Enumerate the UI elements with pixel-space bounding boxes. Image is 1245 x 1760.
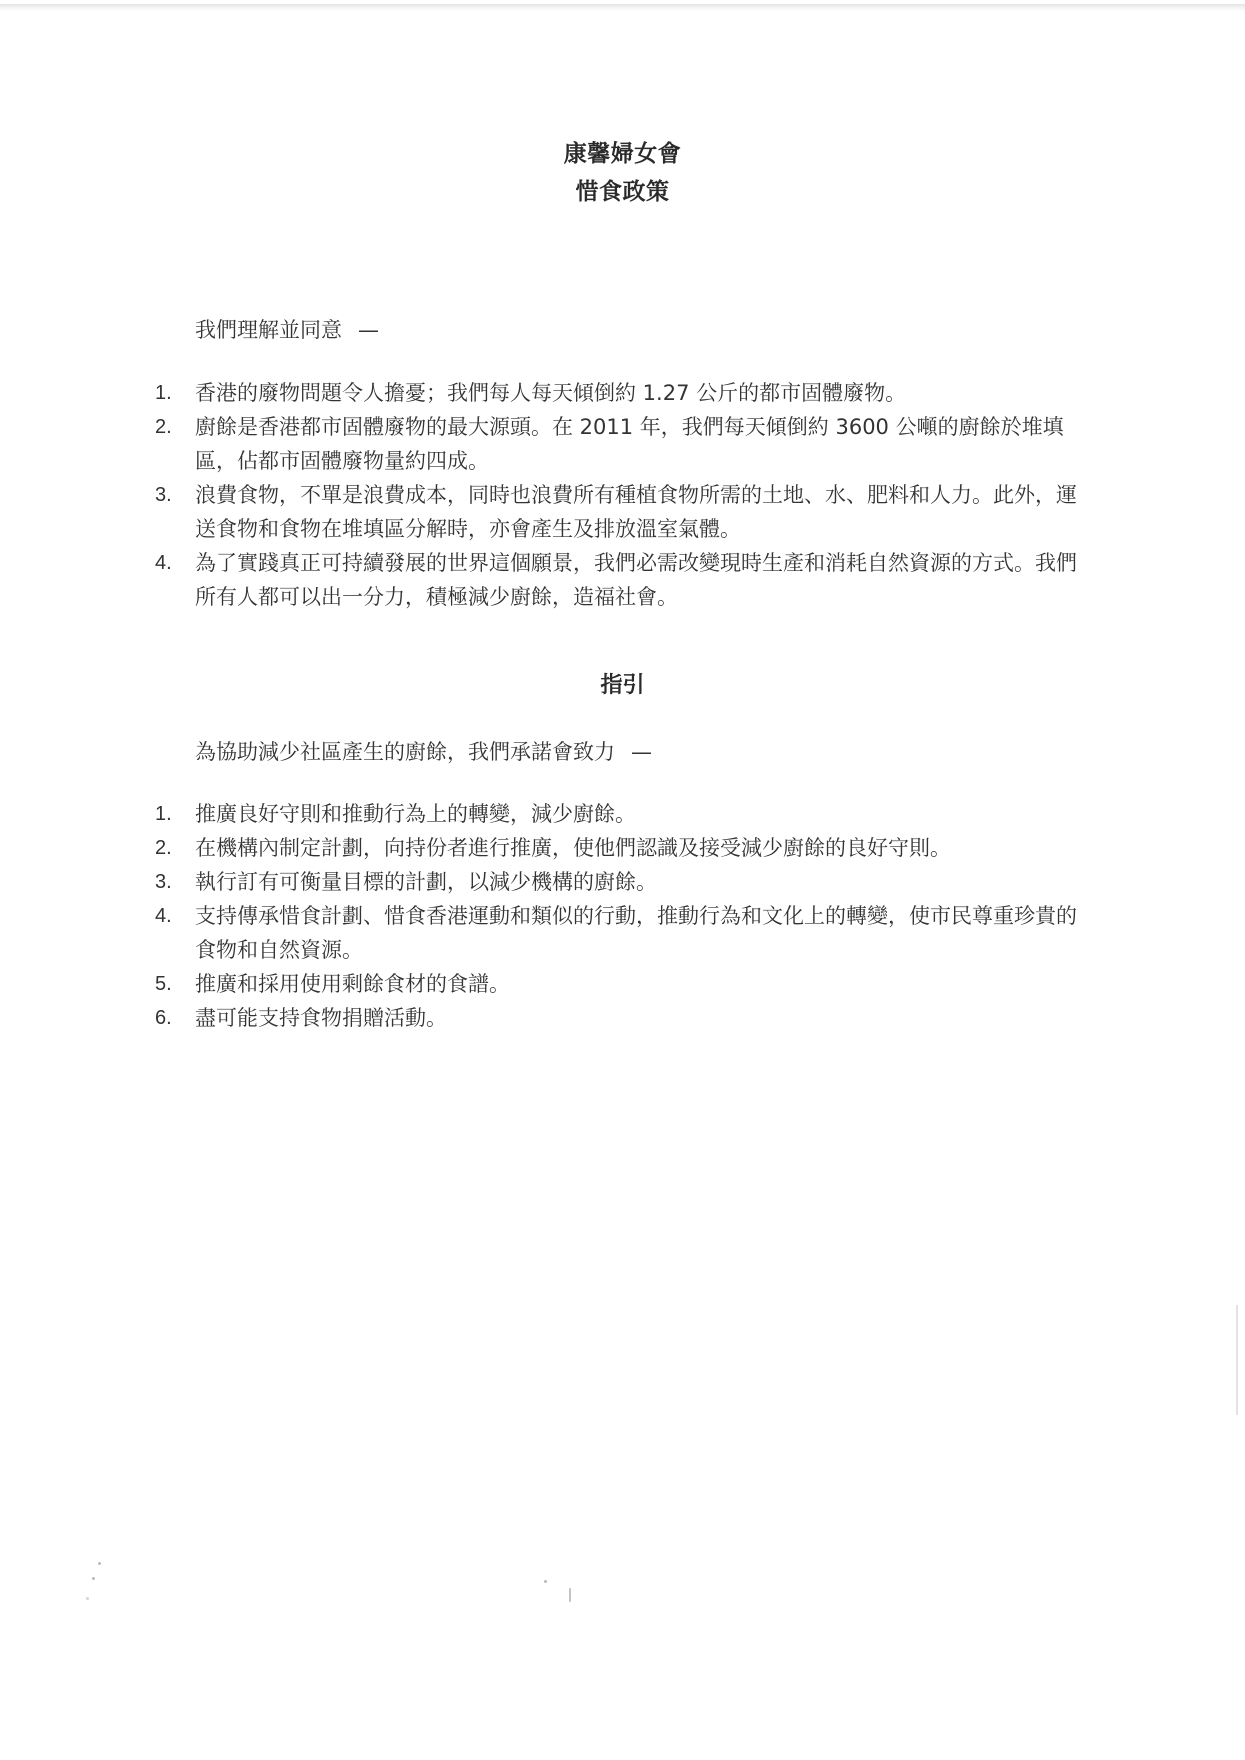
list-text: 香港的廢物問題令人擔憂；我們每人每天傾倒約 1.27 公斤的都市固體廢物。 xyxy=(195,381,906,405)
understanding-intro-dash: — xyxy=(358,318,379,342)
organization-name: 康馨婦女會 xyxy=(0,135,1245,173)
list-number: 4. xyxy=(155,899,172,933)
understanding-item-3: 3. 浪費食物，不單是浪費成本，同時也浪費所有種植食物所需的土地、水、肥料和人力… xyxy=(155,478,1085,546)
guidelines-heading: 指引 xyxy=(0,668,1245,699)
guideline-item-5: 5. 推廣和採用使用剩餘食材的食譜。 xyxy=(155,967,1085,1001)
document-title: 康馨婦女會 惜食政策 xyxy=(0,135,1245,211)
list-text: 盡可能支持食物捐贈活動。 xyxy=(195,1006,447,1030)
guidelines-list: 1. 推廣良好守則和推動行為上的轉變，減少廚餘。 2. 在機構內制定計劃，向持份… xyxy=(155,797,1085,1035)
list-text: 執行訂有可衡量目標的計劃，以減少機構的廚餘。 xyxy=(195,870,657,894)
scan-artifact xyxy=(544,1580,547,1583)
scan-artifact xyxy=(86,1597,89,1600)
understanding-intro: 我們理解並同意— xyxy=(195,314,379,344)
list-text: 在機構內制定計劃，向持份者進行推廣，使他們認識及接受減少廚餘的良好守則。 xyxy=(195,836,951,860)
guideline-item-2: 2. 在機構內制定計劃，向持份者進行推廣，使他們認識及接受減少廚餘的良好守則。 xyxy=(155,831,1085,865)
scan-right-edge-line xyxy=(1236,1305,1238,1415)
list-text: 為了實踐真正可持續發展的世界這個願景，我們必需改變現時生產和消耗自然資源的方式。… xyxy=(195,551,1077,609)
list-text: 支持傳承惜食計劃、惜食香港運動和類似的行動，推動行為和文化上的轉變，使市民尊重珍… xyxy=(195,904,1077,962)
understanding-item-4: 4. 為了實踐真正可持續發展的世界這個願景，我們必需改變現時生產和消耗自然資源的… xyxy=(155,546,1085,614)
understanding-item-2: 2. 廚餘是香港都市固體廢物的最大源頭。在 2011 年，我們每天傾倒約 360… xyxy=(155,410,1085,478)
list-number: 3. xyxy=(155,865,172,899)
list-number: 3. xyxy=(155,478,172,512)
scan-top-edge-shadow xyxy=(0,4,1245,11)
list-number: 5. xyxy=(155,967,172,1001)
understanding-list: 1. 香港的廢物問題令人擔憂；我們每人每天傾倒約 1.27 公斤的都市固體廢物。… xyxy=(155,376,1085,614)
list-text: 推廣和採用使用剩餘食材的食譜。 xyxy=(195,972,510,996)
policy-title: 惜食政策 xyxy=(0,173,1245,211)
list-text: 廚餘是香港都市固體廢物的最大源頭。在 2011 年，我們每天傾倒約 3600 公… xyxy=(195,415,1064,473)
scan-artifact xyxy=(92,1577,95,1580)
list-text: 推廣良好守則和推動行為上的轉變，減少廚餘。 xyxy=(195,802,636,826)
list-number: 2. xyxy=(155,831,172,865)
guideline-item-4: 4. 支持傳承惜食計劃、惜食香港運動和類似的行動，推動行為和文化上的轉變，使市民… xyxy=(155,899,1085,967)
guideline-item-6: 6. 盡可能支持食物捐贈活動。 xyxy=(155,1001,1085,1035)
scan-artifact xyxy=(98,1562,101,1565)
list-number: 1. xyxy=(155,797,172,831)
list-text: 浪費食物，不單是浪費成本，同時也浪費所有種植食物所需的土地、水、肥料和人力。此外… xyxy=(195,483,1077,541)
understanding-intro-text: 我們理解並同意 xyxy=(195,318,342,342)
guidelines-intro-dash: — xyxy=(631,740,652,764)
list-number: 6. xyxy=(155,1001,172,1035)
list-number: 2. xyxy=(155,410,172,444)
scan-artifact xyxy=(569,1588,571,1602)
guideline-item-1: 1. 推廣良好守則和推動行為上的轉變，減少廚餘。 xyxy=(155,797,1085,831)
scanned-document-page: 康馨婦女會 惜食政策 我們理解並同意— 1. 香港的廢物問題令人擔憂；我們每人每… xyxy=(0,0,1245,1760)
guideline-item-3: 3. 執行訂有可衡量目標的計劃，以減少機構的廚餘。 xyxy=(155,865,1085,899)
understanding-item-1: 1. 香港的廢物問題令人擔憂；我們每人每天傾倒約 1.27 公斤的都市固體廢物。 xyxy=(155,376,1085,410)
guidelines-intro-text: 為協助減少社區產生的廚餘，我們承諾會致力 xyxy=(195,740,615,764)
list-number: 4. xyxy=(155,546,172,580)
guidelines-intro: 為協助減少社區產生的廚餘，我們承諾會致力— xyxy=(195,736,652,766)
list-number: 1. xyxy=(155,376,172,410)
